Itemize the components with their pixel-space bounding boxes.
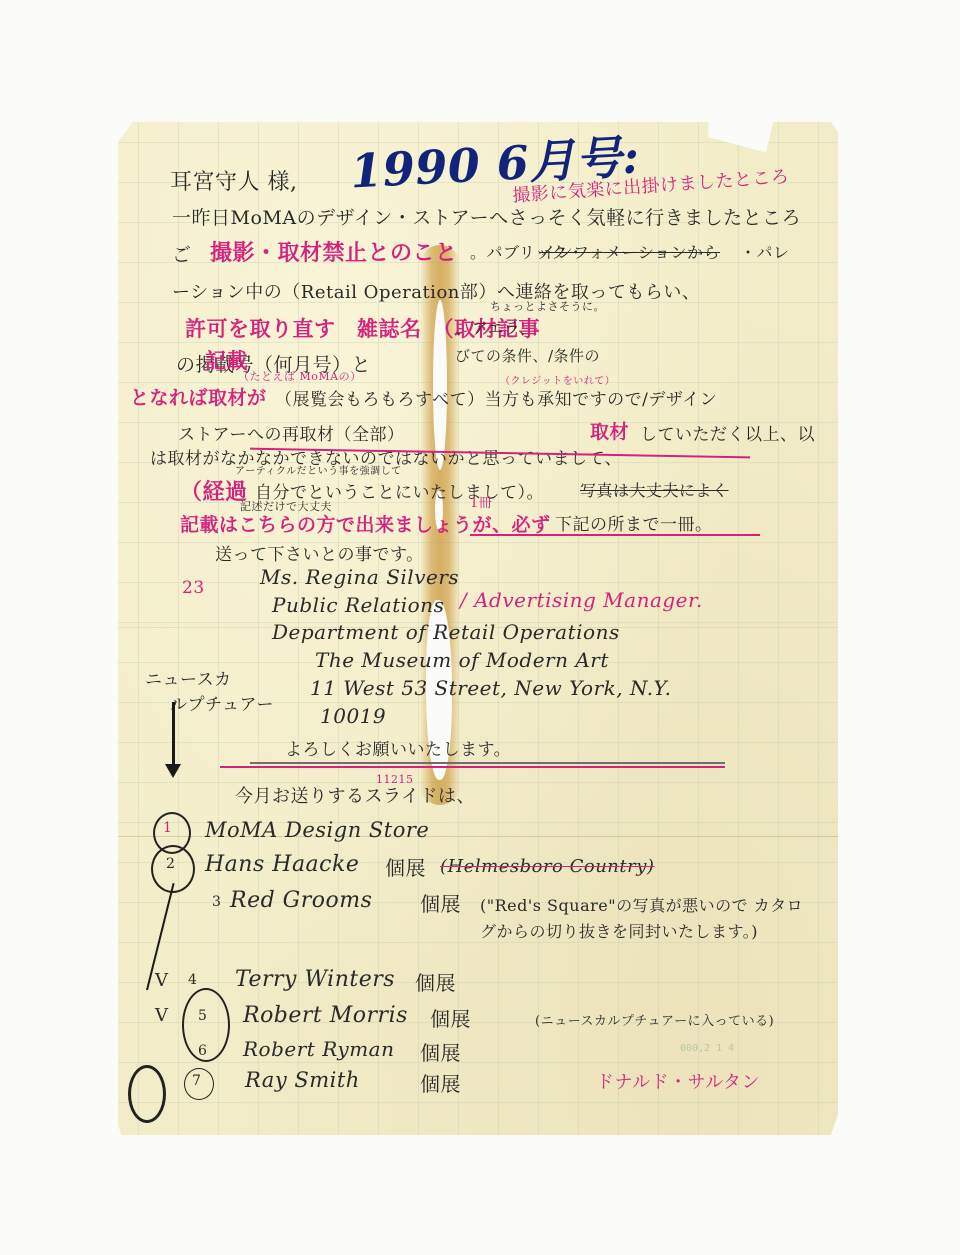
gray-underline [250,762,725,764]
address-department: Department of Retail Operations [272,620,620,644]
body-line: ・パレ [740,240,790,263]
slide-item-suffix: 個展 [420,888,461,917]
address-zip: 10019 [320,704,386,728]
slide-item-label: Ray Smith [245,1068,360,1092]
body-line-pink: となれば取材が [130,383,267,410]
circle-mark [128,1065,166,1123]
body-line-pink: （経過 [180,475,248,506]
slide-item-note-struck: (Helmesboro Country) [440,856,654,877]
body-line: （展覧会もろもろすべて）当方も承知ですので/デザイン [275,385,717,410]
slide-item-label: Terry Winters [235,967,395,992]
item-number: 1 [163,820,172,836]
item-number: 6 [198,1043,207,1059]
salutation: 耳宮守人 様, [170,165,298,196]
body-line-pink: 取材 [590,417,629,444]
body-line-pink: 記載はこちらの方で出来ましょうが、必ず [180,510,551,537]
check-mark: V [155,1005,169,1026]
body-note-pink: 1冊 [470,492,492,511]
slide-item-label: Robert Morris [243,1003,408,1028]
slide-item-suffix: 個展 [415,967,456,996]
body-line: していただく以上、以 [640,420,815,445]
body-line-struck: インフォメーションから [540,240,720,263]
body-line-struck: 写真は大丈夫によく [580,478,729,501]
slide-item-label: Robert Ryman [243,1037,394,1061]
address-name: Ms. Regina Silvers [260,565,459,589]
body-line: びての条件、/条件の [455,345,600,366]
body-note: ちょっとよさそうに。 [490,298,605,314]
paper-stock-print: 000,2 1 4 [680,1043,734,1054]
pink-number-note: 11215 [376,773,414,786]
slide-item-suffix: 個展 [430,1003,471,1032]
slide-item-suffix: 個展 [420,1068,461,1097]
item-number: 7 [192,1073,201,1089]
item-number: 2 [166,856,175,872]
address-street: 11 West 53 Street, New York, N.Y. [310,676,672,700]
address-marker: 23 [182,578,205,598]
body-note: アーティクルだという事を強調して [235,462,402,477]
body-line: 、アエラ、 [455,316,535,339]
slide-item-label: Hans Haacke [205,852,359,877]
slide-list-intro: 今月お送りするスライドは、 [235,782,475,808]
body-line: ご [172,240,192,267]
closing-line: よろしくお願いいたします。 [285,735,511,760]
body-line: ストアーへの再取材（全部） [178,420,404,445]
address-title: Public Relations [272,593,444,617]
body-line: 送って下さいとの事です。 [215,540,424,565]
slide-item-label: MoMA Design Store [205,818,429,842]
item-number: 3 [212,894,221,910]
pink-underline [470,534,760,536]
slide-item-label: Red Grooms [230,888,372,913]
slide-item-note: ("Red's Square"の写真が悪いので カタログからの切り抜きを同封いた… [480,893,810,945]
slide-item-note: (ニュースカルプチュアーに入っている) [535,1010,774,1029]
address-title-pink: / Advertising Manager. [460,588,703,612]
signature-pink: ドナルド・サルタン [596,1068,760,1094]
body-line: 下記の所まで一冊。 [555,510,713,535]
arrow-down-icon [172,702,175,772]
slide-item-suffix: 個展 [420,1037,461,1066]
item-number: 5 [198,1008,207,1024]
body-line: 一昨日MoMAのデザイン・ストアーへさっそく気軽に行きましたところ [172,203,801,230]
check-mark: V [155,970,169,991]
slide-item-suffix: 個展 [385,852,426,881]
body-line-pink: 撮影・取材禁止とのこと [210,236,458,267]
side-note-1: ニュースカ [145,665,232,690]
address-institution: The Museum of Modern Art [315,648,609,672]
side-note-2: ルプチュアー [170,690,274,715]
body-line: ーション中の（Retail Operation部）へ連絡を取ってもらい、 [172,278,700,304]
pink-underline [220,766,725,768]
item-number: 4 [188,972,197,988]
body-note-pink: （たとえば MoMAの） [238,368,362,384]
